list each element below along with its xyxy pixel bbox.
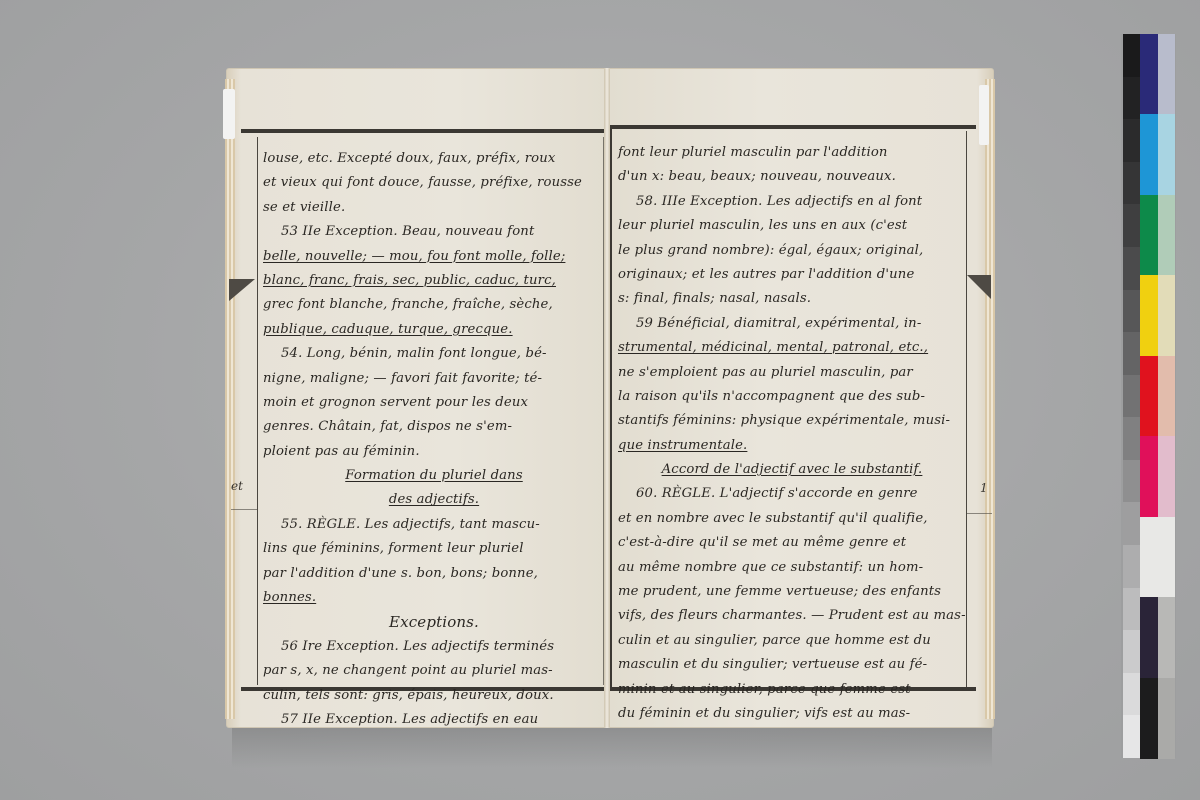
color-swatch — [1123, 715, 1140, 758]
text-line: leur pluriel masculin, les uns en aux (c… — [618, 214, 966, 238]
color-swatch — [1158, 114, 1175, 195]
page-edges-right — [985, 79, 995, 719]
right-margin-rule — [966, 131, 967, 687]
color-swatch — [1140, 34, 1158, 115]
color-swatch — [1158, 436, 1175, 517]
text-line: 59 Bénéficial, diamitral, expérimental, … — [618, 312, 966, 336]
text-line: blanc, franc, frais, sec, public, caduc,… — [263, 269, 605, 293]
margin-note: et — [231, 479, 243, 493]
color-swatch — [1140, 195, 1158, 276]
text-line: me prudent, une femme vertueuse; des enf… — [618, 580, 966, 604]
paper-tab — [979, 85, 989, 145]
section-heading: Accord de l'adjectif avec le substantif. — [618, 458, 966, 482]
text-line: bonnes. — [263, 586, 605, 610]
text-line: culin, tels sont: gris, épais, heureux, … — [263, 684, 605, 708]
corner-mark — [229, 279, 255, 301]
color-swatch — [1123, 630, 1140, 673]
section-heading: Formation du pluriel dans — [263, 464, 605, 488]
color-swatch — [1123, 588, 1140, 631]
color-swatch — [1123, 502, 1140, 545]
color-swatch — [1123, 247, 1140, 290]
color-swatch — [1123, 290, 1140, 333]
color-swatch — [1123, 417, 1140, 460]
text-line: culin et au singulier, parce que homme e… — [618, 629, 966, 653]
color-swatch — [1123, 673, 1140, 716]
text-line: du féminin et du singulier; vifs est au … — [618, 702, 966, 726]
color-swatch — [1123, 162, 1140, 205]
text-line: 53 IIe Exception. Beau, nouveau font — [263, 220, 605, 244]
section-heading: des adjectifs. — [263, 488, 605, 512]
color-swatch — [1123, 375, 1140, 418]
color-calibration-chart — [1121, 34, 1176, 758]
text-line: et vieux qui font douce, fausse, préfixe… — [263, 171, 605, 195]
text-line: 56 Ire Exception. Les adjectifs terminés — [263, 635, 605, 659]
color-swatch — [1140, 114, 1158, 195]
gutter — [604, 68, 610, 728]
color-swatch — [1123, 34, 1140, 77]
margin-note: 1 — [980, 481, 988, 495]
text-line: ne s'emploient pas au pluriel masculin, … — [618, 361, 966, 385]
text-line: originaux; et les autres par l'addition … — [618, 263, 966, 287]
text-line: se et vieille. — [263, 196, 605, 220]
text-line: que instrumentale. — [618, 434, 966, 458]
color-column — [1140, 34, 1158, 758]
grayscale-column — [1123, 34, 1140, 758]
color-swatch — [1158, 597, 1175, 678]
text-line: et en nombre avec le substantif qu'il qu… — [618, 507, 966, 531]
text-line: 54. Long, bénin, malin font longue, bé- — [263, 342, 605, 366]
color-swatch — [1140, 517, 1158, 598]
left-page-text: louse, etc. Excepté doux, faux, préfix, … — [263, 147, 605, 732]
color-swatch — [1158, 34, 1175, 115]
text-line: vifs, des fleurs charmantes. — Prudent e… — [618, 604, 966, 628]
text-line: lins que féminins, forment leur pluriel — [263, 537, 605, 561]
color-swatch — [1123, 204, 1140, 247]
color-swatch — [1158, 678, 1175, 759]
text-line: grec font blanche, franche, fraîche, sèc… — [263, 293, 605, 317]
color-swatch — [1123, 119, 1140, 162]
text-line: au même nombre que ce substantif: un hom… — [618, 556, 966, 580]
color-swatch — [1140, 275, 1158, 356]
text-line: belle, nouvelle; — mou, fou font molle, … — [263, 245, 605, 269]
color-swatch — [1158, 517, 1175, 598]
color-swatch — [1140, 356, 1158, 437]
tint-column — [1158, 34, 1175, 758]
color-swatch — [1123, 77, 1140, 120]
color-swatch — [1123, 460, 1140, 503]
text-line: c'est-à-dire qu'il se met au même genre … — [618, 531, 966, 555]
text-line: s: final, finals; nasal, nasals. — [618, 287, 966, 311]
text-line: minin et au singulier, parce que femme e… — [618, 678, 966, 702]
text-line: 60. RÈGLE. L'adjectif s'accorde en genre — [618, 482, 966, 506]
color-swatch — [1123, 545, 1140, 588]
color-swatch — [1158, 356, 1175, 437]
right-page: 1 font leur pluriel masculin par l'addit… — [607, 68, 994, 728]
text-line: louse, etc. Excepté doux, faux, préfix, … — [263, 147, 605, 171]
section-heading: Exceptions. — [263, 610, 605, 634]
text-line: publique, caduque, turque, grecque. — [263, 318, 605, 342]
text-line: la raison qu'ils n'accompagnent que des … — [618, 385, 966, 409]
text-line: par s, x, ne changent point au pluriel m… — [263, 659, 605, 683]
paper-tab — [223, 89, 235, 139]
text-line: strumental, médicinal, mental, patronal,… — [618, 336, 966, 360]
page-edges-left — [225, 79, 235, 719]
text-line: 58. IIIe Exception. Les adjectifs en al … — [618, 190, 966, 214]
left-page: et louse, etc. Excepté doux, faux, préfi… — [226, 68, 608, 728]
corner-mark — [967, 275, 991, 299]
color-swatch — [1140, 678, 1158, 759]
text-line: moin et grognon servent pour les deux — [263, 391, 605, 415]
text-line: ploient pas au féminin. — [263, 440, 605, 464]
text-line: 57 IIe Exception. Les adjectifs en eau — [263, 708, 605, 732]
open-notebook: et louse, etc. Excepté doux, faux, préfi… — [226, 68, 996, 730]
color-swatch — [1140, 436, 1158, 517]
left-margin-rule — [257, 137, 258, 685]
color-swatch — [1123, 332, 1140, 375]
color-swatch — [1158, 195, 1175, 276]
text-line: le plus grand nombre): égal, égaux; orig… — [618, 239, 966, 263]
text-line: 55. RÈGLE. Les adjectifs, tant mascu- — [263, 513, 605, 537]
color-swatch — [1140, 597, 1158, 678]
book-shadow — [232, 728, 992, 768]
text-line: masculin et du singulier; vertueuse est … — [618, 653, 966, 677]
margin-tick — [966, 513, 992, 514]
text-line: nigne, maligne; — favori fait favorite; … — [263, 367, 605, 391]
text-line: stantifs féminins: physique expérimental… — [618, 409, 966, 433]
color-swatch — [1158, 275, 1175, 356]
text-line: genres. Châtain, fat, dispos ne s'em- — [263, 415, 605, 439]
text-line: font leur pluriel masculin par l'additio… — [618, 141, 966, 165]
text-line: d'un x: beau, beaux; nouveau, nouveaux. — [618, 165, 966, 189]
right-page-text: font leur pluriel masculin par l'additio… — [618, 141, 966, 726]
text-line: par l'addition d'une s. bon, bons; bonne… — [263, 562, 605, 586]
margin-tick — [231, 509, 257, 510]
